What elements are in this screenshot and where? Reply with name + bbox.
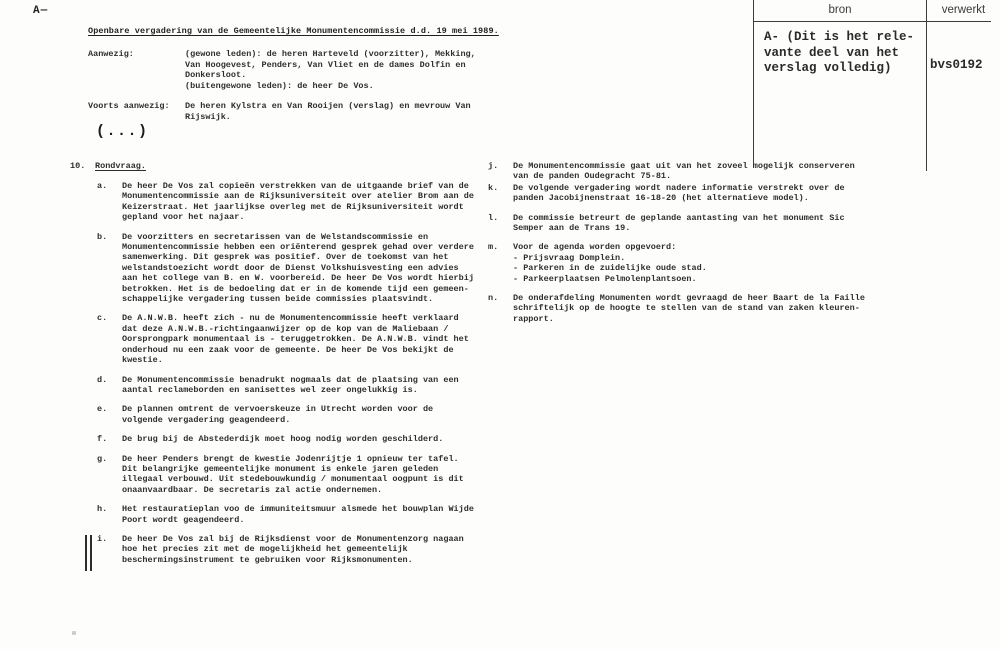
item-letter: m. [488,242,513,284]
rondvraag-item: k. De volgende vergadering wordt nadere … [488,183,870,204]
item-letter: n. [488,293,513,324]
stamp-header-rule [753,21,991,22]
stamp-left-border [753,0,754,166]
item-text: Voor de agenda worden opgevoerd: - Prijs… [513,242,870,284]
rondvraag-item: i. De heer De Vos zal bij de Rijksdienst… [97,534,479,565]
attendance-label: Voorts aanwezig: [88,101,185,122]
rondvraag-item: b. De voorzitters en secretarissen van d… [97,232,479,305]
item-text: De voorzitters en secretarissen van de W… [122,232,479,305]
scanned-minutes-page: A— bron verwerkt A- (Dit is het rele- va… [0,0,1000,649]
item-letter: g. [97,454,122,496]
item-letter: d. [97,375,122,396]
rondvraag-items-right: j. De Monumentencommissie gaat uit van h… [488,161,870,333]
item-text: De Monumentencommissie benadrukt nogmaal… [122,375,479,396]
item-letter: h. [97,504,122,525]
margin-label: A— [33,5,48,17]
item-letter: k. [488,183,513,204]
scan-artifact [72,631,76,635]
item-text: De plannen omtrent de vervoerskeuze in U… [122,404,479,425]
omission-mark: (...) [96,123,149,140]
item-text: De A.N.W.B. heeft zich - nu de Monumente… [122,313,479,365]
rondvraag-item: n. De onderafdeling Monumenten wordt gev… [488,293,870,324]
item-text: De brug bij de Abstederdijk moet hoog no… [122,434,479,444]
rondvraag-item: m. Voor de agenda worden opgevoerd: - Pr… [488,242,870,284]
item-letter: c. [97,313,122,365]
rondvraag-item: h. Het restauratieplan voo de immuniteit… [97,504,479,525]
item-letter: j. [488,161,513,182]
item-text: De Monumentencommissie gaat uit van het … [513,161,870,182]
stamp-verwerkt-header: verwerkt [927,4,1000,16]
section-title: Rondvraag. [95,161,146,171]
rondvraag-item: a. De heer De Vos zal copieën verstrekke… [97,181,479,223]
item-text: Het restauratieplan voo de immuniteitsmu… [122,504,479,525]
item-letter: a. [97,181,122,223]
item-text: De heer De Vos zal copieën verstrekken v… [122,181,479,223]
stamp-bron-header: bron [754,4,926,16]
section-heading: 10. Rondvraag. [70,161,146,171]
item-letter: f. [97,434,122,444]
rondvraag-item: j. De Monumentencommissie gaat uit van h… [488,161,870,182]
rondvraag-item: d. De Monumentencommissie benadrukt nogm… [97,375,479,396]
rondvraag-item: l. De commissie betreurt de geplande aan… [488,213,870,234]
attendance-text: (gewone leden): de heren Harteveld (voor… [185,49,495,91]
page-title: Openbare vergadering van de Gemeentelijk… [88,26,499,36]
attendance-text: De heren Kylstra en Van Rooijen (verslag… [185,101,495,122]
item-text: De heer Penders brengt de kwestie Jodenr… [122,454,479,496]
item-letter: i. [97,534,122,565]
rondvraag-item: c. De A.N.W.B. heeft zich - nu de Monume… [97,313,479,365]
attendance-row: Voorts aanwezig: De heren Kylstra en Van… [88,101,495,122]
rondvraag-items-left: a. De heer De Vos zal copieën verstrekke… [97,181,479,574]
stamp-bron-note: A- (Dit is het rele- vante deel van het … [764,30,924,77]
section-number: 10. [70,161,95,171]
item-letter: b. [97,232,122,305]
rondvraag-item: f. De brug bij de Abstederdijk moet hoog… [97,434,479,444]
attendance-row: Aanwezig: (gewone leden): de heren Harte… [88,49,495,91]
item-text: De commissie betreurt de geplande aantas… [513,213,870,234]
stamp-verwerkt-code: bvs0192 [930,58,983,72]
item-letter: l. [488,213,513,234]
item-letter: e. [97,404,122,425]
rondvraag-item: g. De heer Penders brengt de kwestie Jod… [97,454,479,496]
attendance-label: Aanwezig: [88,49,185,91]
rondvraag-item: e. De plannen omtrent de vervoerskeuze i… [97,404,479,425]
stamp-column-divider [926,0,927,171]
item-text: De heer De Vos zal bij de Rijksdienst vo… [122,534,479,565]
item-text: De volgende vergadering wordt nadere inf… [513,183,870,204]
item-text: De onderafdeling Monumenten wordt gevraa… [513,293,870,324]
